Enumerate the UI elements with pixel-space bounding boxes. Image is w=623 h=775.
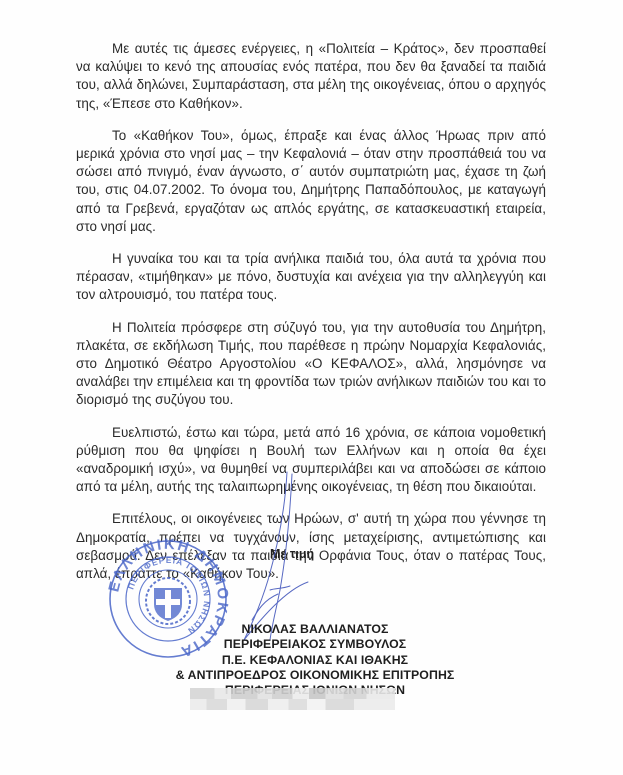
document-page: Με αυτές τις άμεσες ενέργειες, η «Πολιτε… — [0, 0, 623, 775]
paragraph-1: Με αυτές τις άμεσες ενέργειες, η «Πολιτε… — [76, 40, 546, 113]
redacted-contact-line — [190, 688, 395, 710]
signatory-title-1: ΠΕΡΙΦΕΡΕΙΑΚΟΣ ΣΥΜΒΟΥΛΟΣ — [150, 637, 480, 652]
signatory-name: ΝΙΚΟΛΑΣ ΒΑΛΛΙΑΝΑΤΟΣ — [150, 622, 480, 637]
signatory-title-3: & ΑΝΤΙΠΡΟΕΔΡΟΣ ΟΙΚΟΝΟΜΙΚΗΣ ΕΠΙΤΡΟΠΗΣ — [150, 668, 480, 683]
signatory-title-2: Π.Ε. ΚΕΦΑΛΟΝΙΑΣ ΚΑΙ ΙΘΑΚΗΣ — [150, 653, 480, 668]
signature-block: ΝΙΚΟΛΑΣ ΒΑΛΛΙΑΝΑΤΟΣ ΠΕΡΙΦΕΡΕΙΑΚΟΣ ΣΥΜΒΟΥ… — [150, 622, 480, 698]
paragraph-5: Ευελπιστώ, έστω και τώρα, μετά από 16 χρ… — [76, 424, 546, 497]
paragraph-2: Το «Καθήκον Του», όμως, έπραξε και ένας … — [76, 127, 546, 236]
handwritten-signature — [230, 470, 310, 645]
paragraph-3: Η γυναίκα του και τα τρία ανήλικα παιδιά… — [76, 250, 546, 305]
paragraph-4: Η Πολιτεία πρόσφερε στη σύζυγό του, για … — [76, 319, 546, 410]
letter-body: Με αυτές τις άμεσες ενέργειες, η «Πολιτε… — [76, 40, 546, 597]
